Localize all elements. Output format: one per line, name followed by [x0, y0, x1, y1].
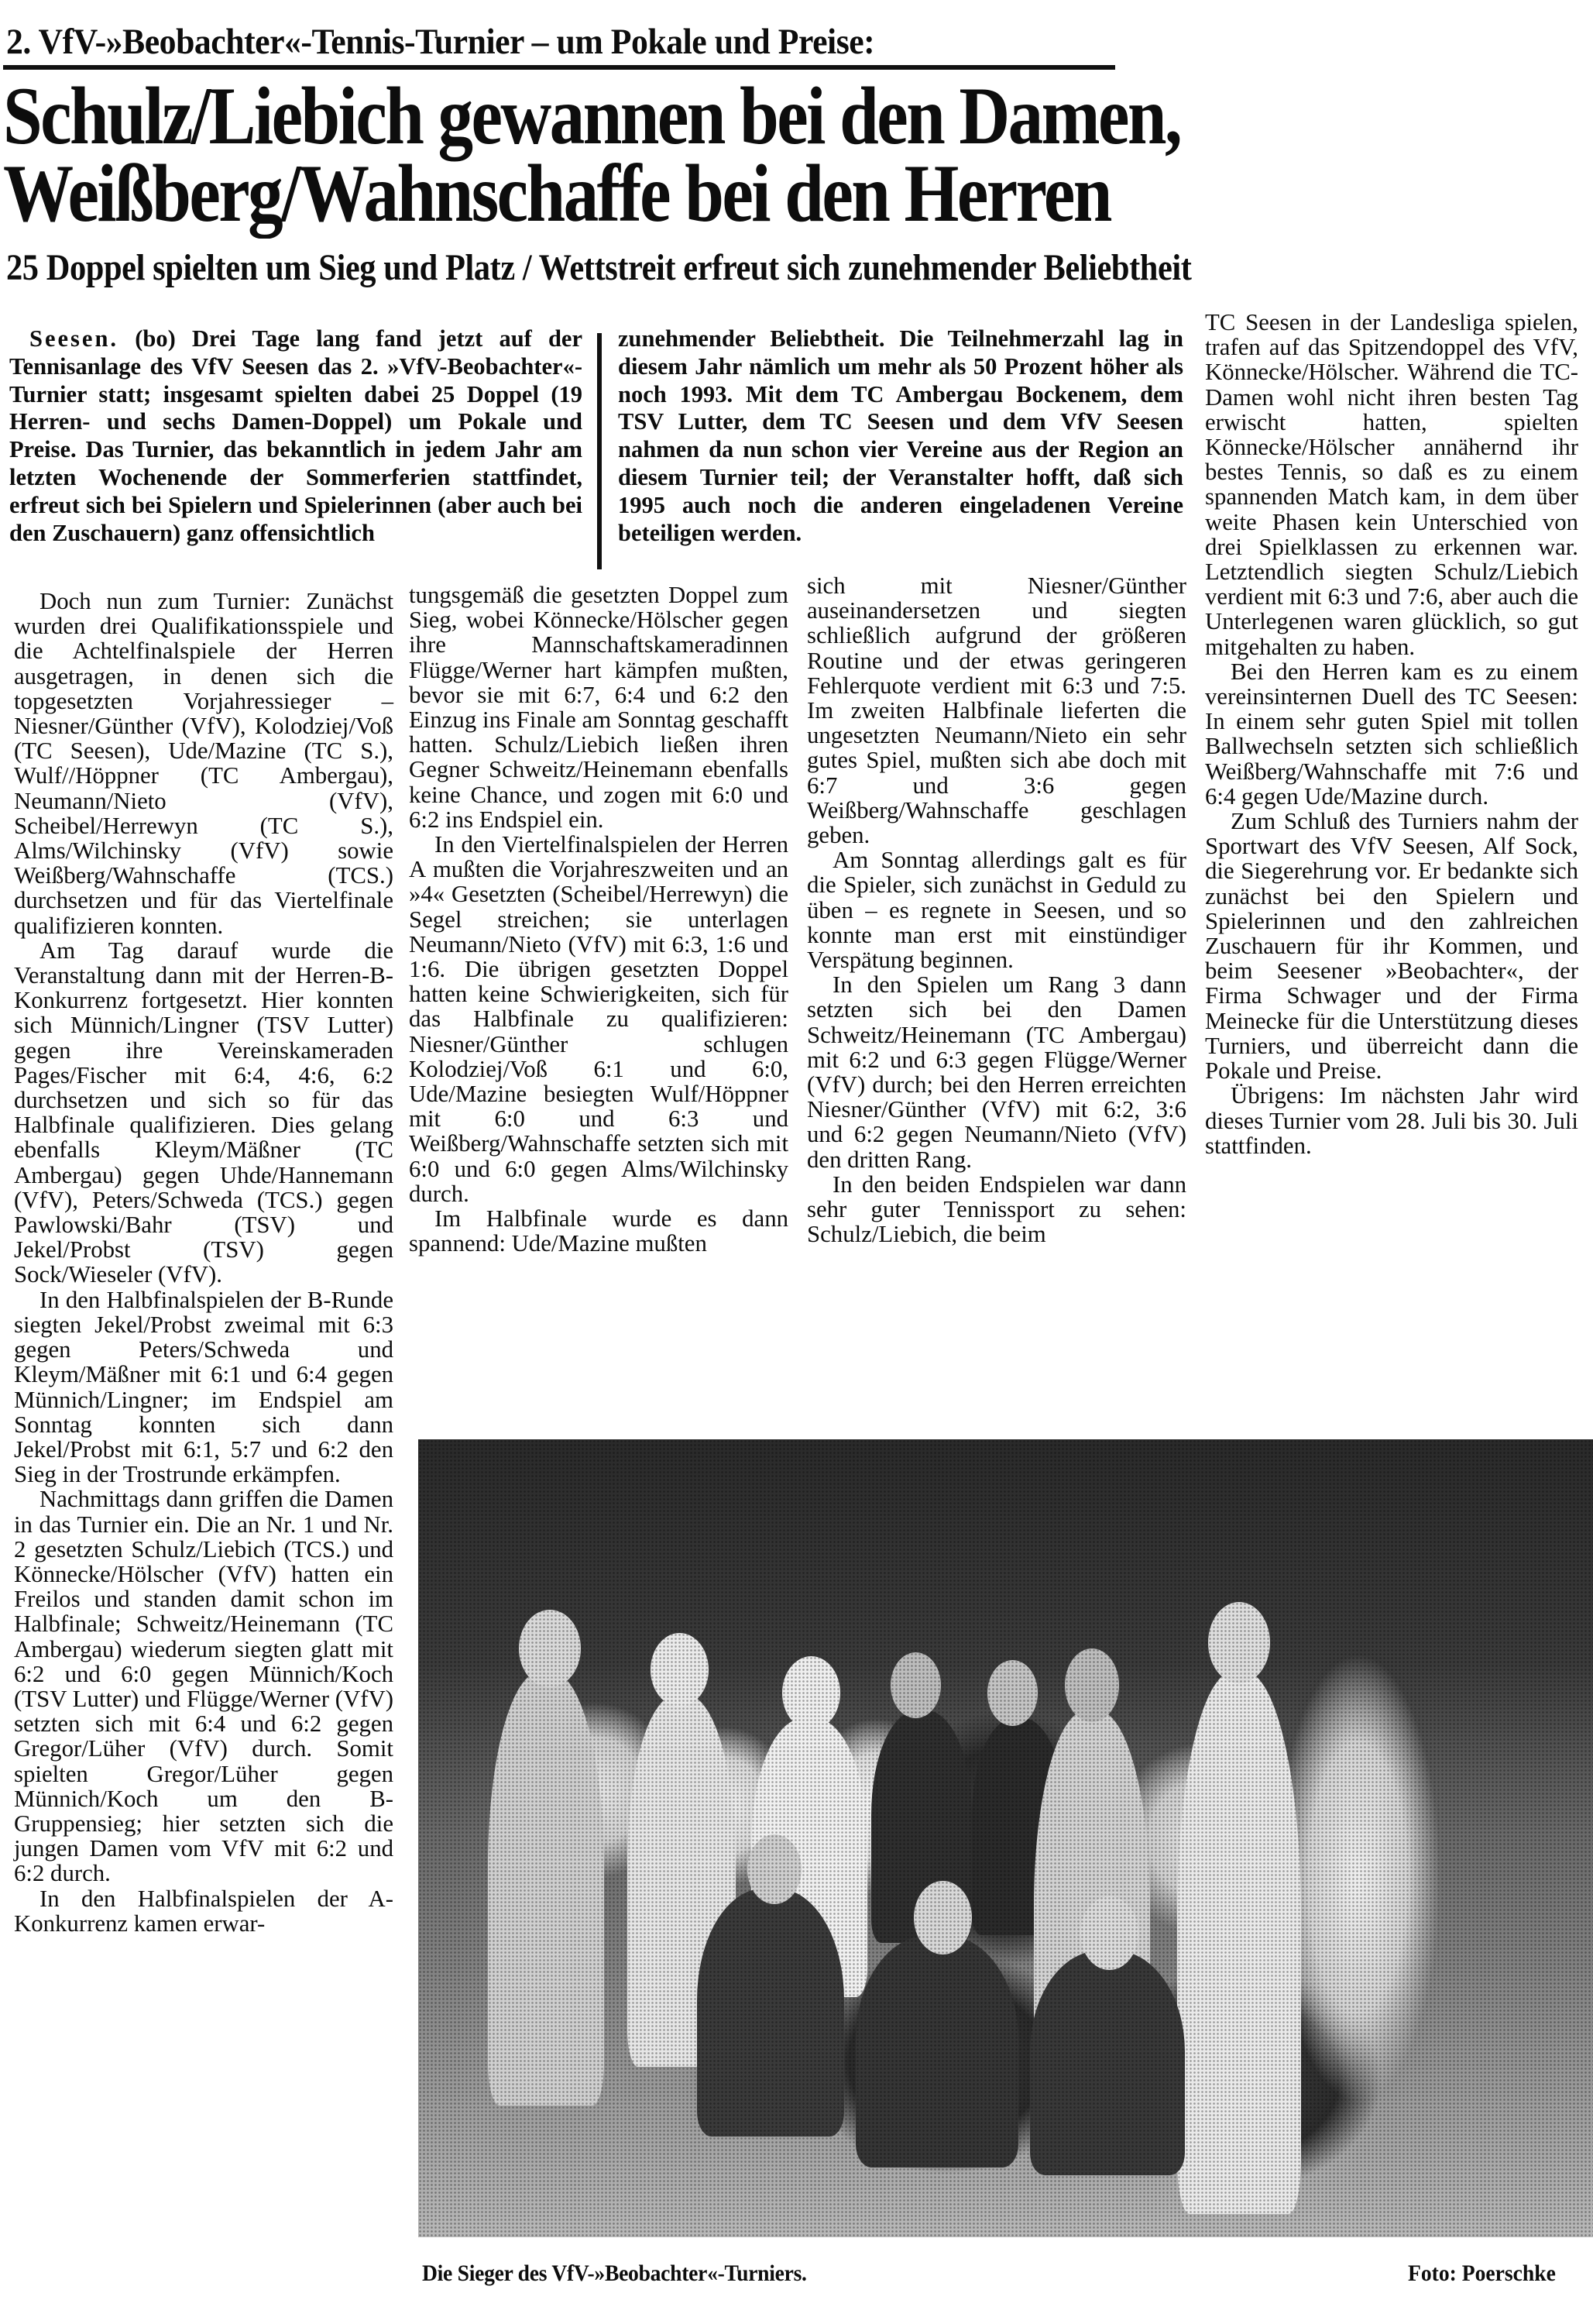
person-figure — [871, 1710, 972, 1943]
person-figure — [1177, 1672, 1301, 2214]
main-headline: Schulz/Liebich gewannen bei den Damen, W… — [3, 77, 1202, 232]
kicker-rule — [3, 65, 1115, 70]
lead-text-1: (bo) Drei Tage lang fand jetzt auf der T… — [9, 325, 582, 546]
person-head — [519, 1610, 581, 1687]
dateline: Seesen. — [29, 325, 118, 352]
person-figure — [627, 1695, 736, 2067]
person-head — [914, 1881, 972, 1954]
person-figure — [1030, 1951, 1185, 2175]
photo-caption: Die Sieger des VfV-»Beobachter«-Turniers… — [422, 2260, 807, 2287]
headline-line-1: Schulz/Liebich gewannen bei den Damen, — [3, 77, 1202, 155]
paragraph: sich mit Niesner/Günther auseinandersetz… — [807, 573, 1186, 847]
person-figure — [856, 1935, 1018, 2168]
paragraph: Übrigens: Im nächsten Jahr wird dieses T… — [1205, 1083, 1578, 1158]
body-column-1: Doch nun zum Turnier: Zunächst wurden dr… — [14, 589, 393, 1936]
paragraph: In den beiden Endspielen war dann sehr g… — [807, 1172, 1186, 1247]
paragraph: TC Seesen in der Landesliga spielen, tra… — [1205, 310, 1578, 659]
paragraph: tungsgemäß die gesetzten Doppel zum Sieg… — [409, 583, 788, 832]
person-head — [1208, 1602, 1270, 1683]
person-figure — [972, 1718, 1065, 1935]
person-head — [651, 1633, 709, 1707]
person-head — [747, 1834, 802, 1904]
person-figure — [1034, 1710, 1150, 2144]
person-head — [1065, 1648, 1119, 1722]
group-photo — [418, 1439, 1593, 2237]
paragraph: Bei den Herren kam es zu einem vereinsin… — [1205, 659, 1578, 809]
paragraph: Im Halbfinale wurde es dann spannend: Ud… — [409, 1206, 788, 1256]
person-figure — [751, 1718, 867, 1997]
body-column-2: tungsgemäß die gesetzten Doppel zum Sieg… — [409, 583, 788, 1256]
subheadline: 25 Doppel spielten um Sieg und Platz / W… — [6, 246, 1583, 290]
lead-column-1: Seesen. (bo) Drei Tage lang fand jetzt a… — [9, 325, 582, 547]
person-head — [987, 1660, 1038, 1726]
paragraph: Nachmittags dann griffen die Damen in da… — [14, 1487, 393, 1886]
headline-line-2: Weißberg/Wahnschaffe bei den Herren — [3, 155, 1202, 232]
lead-vertical-rule — [597, 333, 602, 569]
body-column-3: sich mit Niesner/Günther auseinandersetz… — [807, 573, 1186, 1246]
person-head — [891, 1652, 941, 1718]
paragraph: In den Spielen um Rang 3 dann setzten si… — [807, 972, 1186, 1172]
paragraph: Am Tag darauf wurde die Veranstaltung da… — [14, 938, 393, 1287]
paragraph: In den Halbfinalspielen der B-Runde sieg… — [14, 1287, 393, 1487]
person-head — [782, 1656, 840, 1730]
person-head — [1080, 1896, 1138, 1970]
lead-column-2: zunehmender Beliebtheit. Die Teilnehmerz… — [618, 325, 1183, 547]
paragraph: In den Halbfinalspielen der A-Konkurrenz… — [14, 1886, 393, 1936]
person-figure — [697, 1889, 844, 2137]
photo-credit: Foto: Poerschke — [1408, 2260, 1556, 2287]
paragraph: Doch nun zum Turnier: Zunächst wurden dr… — [14, 589, 393, 938]
body-column-4: TC Seesen in der Landesliga spielen, tra… — [1205, 310, 1578, 1158]
paragraph: Am Sonntag allerdings galt es für die Sp… — [807, 847, 1186, 972]
person-figure — [488, 1672, 604, 2106]
paragraph: In den Viertelfinalspielen der Herren A … — [409, 832, 788, 1206]
kicker-headline: 2. VfV-»Beobachter«-Tennis-Turnier – um … — [6, 20, 1036, 64]
paragraph: Zum Schluß des Turniers nahm der Sportwa… — [1205, 809, 1578, 1083]
